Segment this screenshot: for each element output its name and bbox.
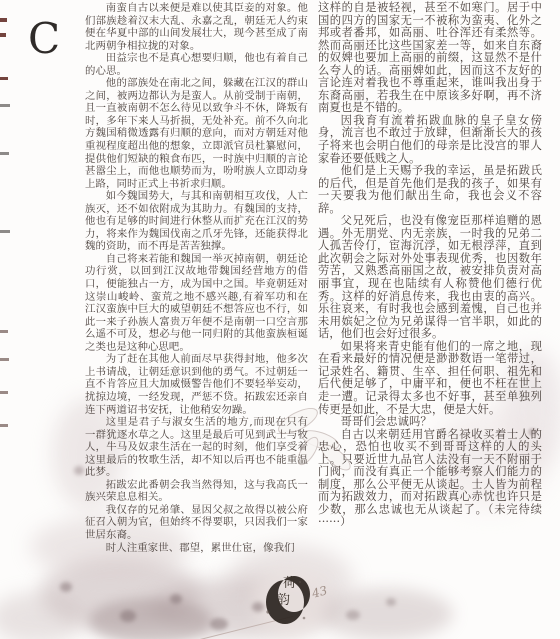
- ink-speckle: [120, 610, 136, 622]
- margin-tick: [0, 104, 10, 107]
- book-page: C 南蛮自古以来便是难以使其臣妾的对象。他们部族趁着汉末大乱、永嘉之乱，朝廷无人…: [0, 0, 560, 639]
- paragraph: 我仅存的兄弟肇、显因父叔之故得以被公府征召入朝为官，但始终不得要职，只因我们一家…: [85, 504, 308, 542]
- paragraph: 因我育有流着拓跋血脉的皇子皇女傍身，流言也不敢过于放肆，但渐渐长大的孩子将来也会…: [318, 115, 542, 165]
- ink-speckle: [346, 610, 360, 620]
- paragraph: 南蛮自古以来便是难以使其臣妾的对象。他们部族趁着汉末大乱、永嘉之乱，朝廷无人约束…: [85, 2, 308, 52]
- paragraph: 这样的自是被轻视，甚至不如寒门。居于中国的四方的国家无一不被称为蛮夷、化外之邦或…: [318, 2, 542, 115]
- text-column-left: 南蛮自古以来便是难以使其臣妾的对象。他们部族趁着汉末大乱、永嘉之乱，朝廷无人约束…: [85, 2, 308, 554]
- watercolor-wash: [40, 556, 200, 630]
- paragraph: 为了赶在其他人前面尽早获得封地，他多次上书请战，让朝廷意识到他的勇气。不过朝廷一…: [85, 353, 308, 416]
- paragraph: 他的部族处在南北之间，躲藏在江汉的群山之间，被两边都认为是蛮人。从前受制于南朝，…: [85, 77, 308, 190]
- watercolor-wash: [88, 598, 213, 639]
- margin-tick: [0, 391, 8, 394]
- section-seal-char-1: 荷: [283, 577, 296, 590]
- margin-tick: [0, 330, 8, 333]
- paragraph: 拓跋宏此番朝会我当然得知，这与我高氏一族兴荣息息相关。: [85, 479, 308, 504]
- watercolor-wash: [0, 592, 85, 639]
- paragraph: 田益宗也不是真心想要归顺，他也有着自己的心思。: [85, 52, 308, 77]
- margin-tick: [0, 18, 7, 22]
- margin-tick: [0, 424, 8, 427]
- paragraph: 父兄死后，也没有像宠臣那样追赠的恩遇。外无朋党、内无亲族，一时我的兄弟二人孤苦伶…: [318, 215, 542, 340]
- paragraph: 这里是君子与淑女生活的地方,而现在只有一群犹逐水草之人。这里是最后可见到武士与牧…: [85, 416, 308, 479]
- margin-tick: [0, 230, 10, 233]
- crescent-moon-icon: 荷 韵: [264, 574, 310, 626]
- margin-tick: [0, 152, 9, 155]
- ink-speckle: [386, 598, 396, 606]
- paragraph: 他们是上天赐予我的幸运，虽是拓跋氏的后代，但是首先他们是我的孩子，如果有一天要我…: [318, 165, 542, 215]
- margin-tick: [0, 77, 8, 80]
- ink-speckle: [74, 466, 84, 475]
- section-seal-char-2: 韵: [277, 594, 290, 607]
- margin-tick: [0, 358, 9, 361]
- page-number: 43: [310, 583, 328, 600]
- paragraph: 自古以来朝廷用官爵名禄收买着士人的忠心，恐怕也收买不到哥哥这样的人的头上。只要近…: [318, 429, 542, 529]
- paragraph: 如果将来青史能有他们的一席之地，现在看来最好的情况便是渺渺数语一笔带过，记录姓名…: [318, 341, 542, 416]
- ink-speckle: [60, 582, 72, 592]
- margin-letter: C: [28, 18, 60, 60]
- paragraph: 如今魏国势大，与其和南朝相互攻伐，人亡族灭，还不如依附成为其助力。有魏国的支持，…: [85, 190, 308, 253]
- margin-tick: [0, 33, 6, 37]
- ink-speckle: [252, 602, 264, 612]
- watercolor-wash: [318, 588, 453, 639]
- ink-speckle: [210, 618, 228, 630]
- text-column-right: 这样的自是被轻视，甚至不如寒门。居于中国的四方的国家无一不被称为蛮夷、化外之邦或…: [318, 2, 542, 529]
- paragraph: 时人注重家世、郡望，累世仕宦，像我们: [85, 542, 308, 555]
- paragraph: 哥哥们会忠诚吗？: [318, 416, 542, 429]
- ink-speckle: [170, 594, 182, 604]
- paragraph: 自己将来若能和魏国一举灭掉南朝，朝廷论功行赏，以回到江汉故地带魏国经营地方的借口…: [85, 253, 308, 353]
